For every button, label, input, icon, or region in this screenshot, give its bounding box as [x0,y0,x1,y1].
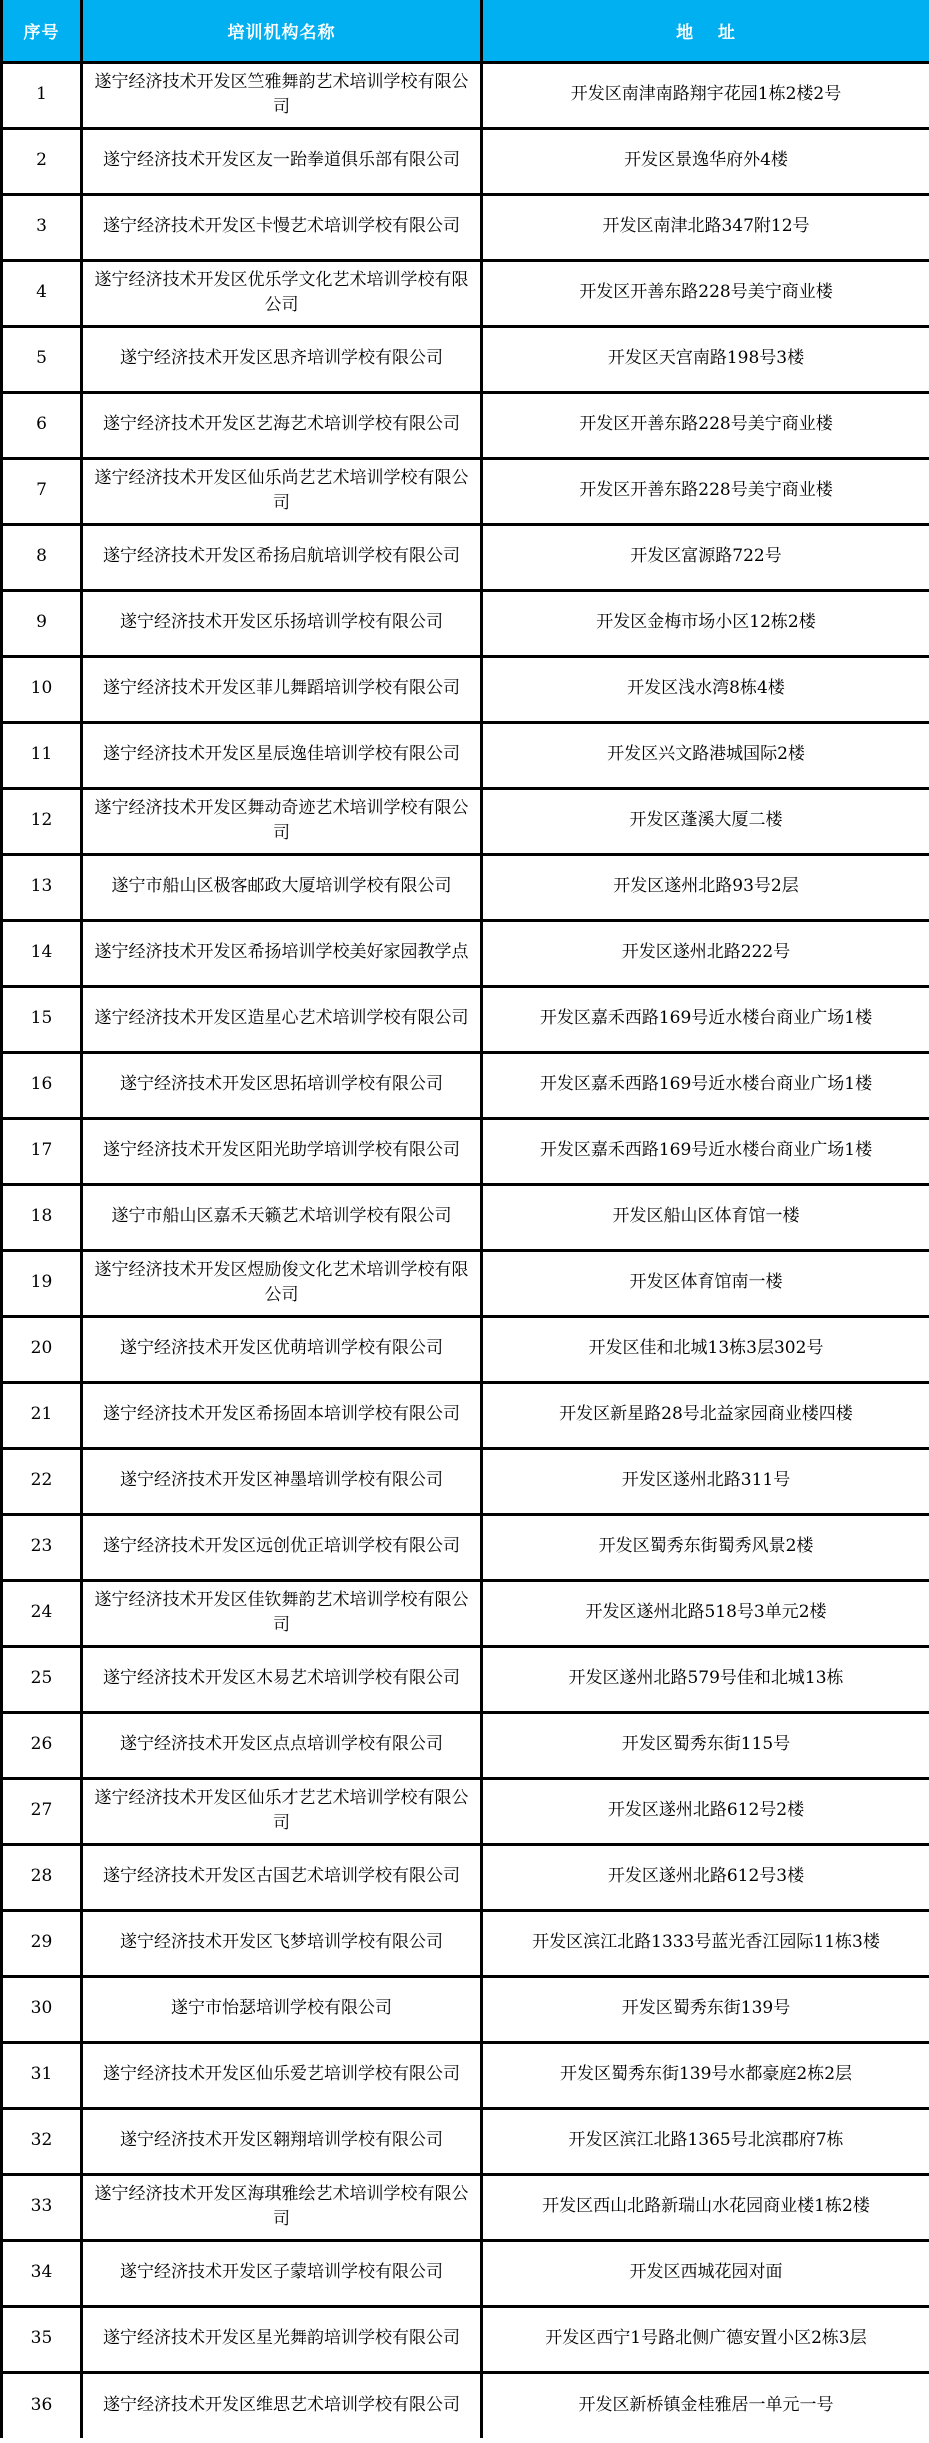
table-row: 22遂宁经济技术开发区神墨培训学校有限公司开发区遂州北路311号 [2,1448,929,1514]
cell-address: 开发区嘉禾西路169号近水楼台商业广场1楼 [482,986,929,1052]
cell-institution-name: 遂宁经济技术开发区优乐学文化艺术培训学校有限公司 [82,260,482,326]
cell-serial-number: 8 [2,524,82,590]
table-row: 24遂宁经济技术开发区佳钦舞韵艺术培训学校有限公司开发区遂州北路518号3单元2… [2,1580,929,1646]
cell-address: 开发区船山区体育馆一楼 [482,1184,929,1250]
cell-serial-number: 24 [2,1580,82,1646]
table-row: 2遂宁经济技术开发区友一跆拳道俱乐部有限公司开发区景逸华府外4楼 [2,128,929,194]
table-row: 28遂宁经济技术开发区古国艺术培训学校有限公司开发区遂州北路612号3楼 [2,1844,929,1910]
cell-address: 开发区遂州北路518号3单元2楼 [482,1580,929,1646]
cell-institution-name: 遂宁市怡瑟培训学校有限公司 [82,1976,482,2042]
cell-address: 开发区开善东路228号美宁商业楼 [482,260,929,326]
cell-serial-number: 10 [2,656,82,722]
cell-serial-number: 22 [2,1448,82,1514]
cell-serial-number: 11 [2,722,82,788]
cell-institution-name: 遂宁经济技术开发区仙乐爱艺培训学校有限公司 [82,2042,482,2108]
table-row: 17遂宁经济技术开发区阳光助学培训学校有限公司开发区嘉禾西路169号近水楼台商业… [2,1118,929,1184]
cell-institution-name: 遂宁经济技术开发区星辰逸佳培训学校有限公司 [82,722,482,788]
cell-institution-name: 遂宁市船山区极客邮政大厦培训学校有限公司 [82,854,482,920]
cell-institution-name: 遂宁经济技术开发区舞动奇迹艺术培训学校有限公司 [82,788,482,854]
cell-institution-name: 遂宁经济技术开发区木易艺术培训学校有限公司 [82,1646,482,1712]
cell-serial-number: 30 [2,1976,82,2042]
cell-address: 开发区景逸华府外4楼 [482,128,929,194]
cell-address: 开发区遂州北路579号佳和北城13栋 [482,1646,929,1712]
cell-institution-name: 遂宁经济技术开发区点点培训学校有限公司 [82,1712,482,1778]
cell-institution-name: 遂宁经济技术开发区希扬启航培训学校有限公司 [82,524,482,590]
cell-institution-name: 遂宁经济技术开发区竺雅舞韵艺术培训学校有限公司 [82,62,482,128]
cell-address: 开发区开善东路228号美宁商业楼 [482,392,929,458]
table-row: 10遂宁经济技术开发区菲儿舞蹈培训学校有限公司开发区浅水湾8栋4楼 [2,656,929,722]
cell-institution-name: 遂宁经济技术开发区造星心艺术培训学校有限公司 [82,986,482,1052]
cell-serial-number: 2 [2,128,82,194]
table-row: 26遂宁经济技术开发区点点培训学校有限公司开发区蜀秀东街115号 [2,1712,929,1778]
cell-serial-number: 18 [2,1184,82,1250]
table-row: 9遂宁经济技术开发区乐扬培训学校有限公司开发区金梅市场小区12栋2楼 [2,590,929,656]
training-institutions-table: 序号 培训机构名称 地 址 1遂宁经济技术开发区竺雅舞韵艺术培训学校有限公司开发… [0,0,929,2438]
cell-address: 开发区浅水湾8栋4楼 [482,656,929,722]
cell-serial-number: 17 [2,1118,82,1184]
cell-address: 开发区天宫南路198号3楼 [482,326,929,392]
cell-address: 开发区蜀秀东街蜀秀风景2楼 [482,1514,929,1580]
cell-institution-name: 遂宁经济技术开发区子蒙培训学校有限公司 [82,2240,482,2306]
cell-serial-number: 36 [2,2372,82,2438]
cell-institution-name: 遂宁经济技术开发区菲儿舞蹈培训学校有限公司 [82,656,482,722]
cell-address: 开发区遂州北路222号 [482,920,929,986]
cell-serial-number: 9 [2,590,82,656]
cell-institution-name: 遂宁经济技术开发区星光舞韵培训学校有限公司 [82,2306,482,2372]
table-row: 16遂宁经济技术开发区思拓培训学校有限公司开发区嘉禾西路169号近水楼台商业广场… [2,1052,929,1118]
cell-address: 开发区南津北路347附12号 [482,194,929,260]
cell-serial-number: 5 [2,326,82,392]
table-row: 4遂宁经济技术开发区优乐学文化艺术培训学校有限公司开发区开善东路228号美宁商业… [2,260,929,326]
table-row: 36遂宁经济技术开发区维思艺术培训学校有限公司开发区新桥镇金桂雅居一单元一号 [2,2372,929,2438]
table-row: 8遂宁经济技术开发区希扬启航培训学校有限公司开发区富源路722号 [2,524,929,590]
cell-address: 开发区蜀秀东街115号 [482,1712,929,1778]
table-row: 20遂宁经济技术开发区优萌培训学校有限公司开发区佳和北城13栋3层302号 [2,1316,929,1382]
table-row: 25遂宁经济技术开发区木易艺术培训学校有限公司开发区遂州北路579号佳和北城13… [2,1646,929,1712]
table-body: 1遂宁经济技术开发区竺雅舞韵艺术培训学校有限公司开发区南津南路翔宇花园1栋2楼2… [2,62,929,2438]
cell-address: 开发区西山北路新瑞山水花园商业楼1栋2楼 [482,2174,929,2240]
cell-serial-number: 6 [2,392,82,458]
cell-institution-name: 遂宁经济技术开发区飞梦培训学校有限公司 [82,1910,482,1976]
table-row: 13遂宁市船山区极客邮政大厦培训学校有限公司开发区遂州北路93号2层 [2,854,929,920]
table-row: 34遂宁经济技术开发区子蒙培训学校有限公司开发区西城花园对面 [2,2240,929,2306]
table-row: 6遂宁经济技术开发区艺海艺术培训学校有限公司开发区开善东路228号美宁商业楼 [2,392,929,458]
cell-institution-name: 遂宁市船山区嘉禾天籁艺术培训学校有限公司 [82,1184,482,1250]
table-row: 3遂宁经济技术开发区卡慢艺术培训学校有限公司开发区南津北路347附12号 [2,194,929,260]
cell-address: 开发区嘉禾西路169号近水楼台商业广场1楼 [482,1052,929,1118]
table-row: 32遂宁经济技术开发区翱翔培训学校有限公司开发区滨江北路1365号北滨郡府7栋 [2,2108,929,2174]
header-cell-address: 地 址 [482,0,929,62]
table-row: 31遂宁经济技术开发区仙乐爱艺培训学校有限公司开发区蜀秀东街139号水都豪庭2栋… [2,2042,929,2108]
table-row: 15遂宁经济技术开发区造星心艺术培训学校有限公司开发区嘉禾西路169号近水楼台商… [2,986,929,1052]
cell-institution-name: 遂宁经济技术开发区艺海艺术培训学校有限公司 [82,392,482,458]
cell-address: 开发区滨江北路1365号北滨郡府7栋 [482,2108,929,2174]
cell-address: 开发区蜀秀东街139号 [482,1976,929,2042]
cell-serial-number: 1 [2,62,82,128]
cell-institution-name: 遂宁经济技术开发区佳钦舞韵艺术培训学校有限公司 [82,1580,482,1646]
cell-institution-name: 遂宁经济技术开发区仙乐尚艺艺术培训学校有限公司 [82,458,482,524]
cell-address: 开发区开善东路228号美宁商业楼 [482,458,929,524]
cell-address: 开发区蓬溪大厦二楼 [482,788,929,854]
cell-institution-name: 遂宁经济技术开发区神墨培训学校有限公司 [82,1448,482,1514]
table-row: 7遂宁经济技术开发区仙乐尚艺艺术培训学校有限公司开发区开善东路228号美宁商业楼 [2,458,929,524]
cell-institution-name: 遂宁经济技术开发区乐扬培训学校有限公司 [82,590,482,656]
cell-address: 开发区新星路28号北益家园商业楼四楼 [482,1382,929,1448]
cell-serial-number: 35 [2,2306,82,2372]
cell-address: 开发区嘉禾西路169号近水楼台商业广场1楼 [482,1118,929,1184]
cell-address: 开发区兴文路港城国际2楼 [482,722,929,788]
cell-address: 开发区遂州北路93号2层 [482,854,929,920]
header-row: 序号 培训机构名称 地 址 [2,0,929,62]
table-row: 5遂宁经济技术开发区思齐培训学校有限公司开发区天宫南路198号3楼 [2,326,929,392]
cell-serial-number: 19 [2,1250,82,1316]
cell-serial-number: 34 [2,2240,82,2306]
table-row: 35遂宁经济技术开发区星光舞韵培训学校有限公司开发区西宁1号路北侧广德安置小区2… [2,2306,929,2372]
cell-address: 开发区新桥镇金桂雅居一单元一号 [482,2372,929,2438]
table-row: 23遂宁经济技术开发区远创优正培训学校有限公司开发区蜀秀东街蜀秀风景2楼 [2,1514,929,1580]
cell-serial-number: 16 [2,1052,82,1118]
cell-serial-number: 23 [2,1514,82,1580]
cell-address: 开发区遂州北路612号3楼 [482,1844,929,1910]
header-cell-serial-number: 序号 [2,0,82,62]
cell-address: 开发区体育馆南一楼 [482,1250,929,1316]
cell-address: 开发区南津南路翔宇花园1栋2楼2号 [482,62,929,128]
cell-serial-number: 14 [2,920,82,986]
table-row: 21遂宁经济技术开发区希扬固本培训学校有限公司开发区新星路28号北益家园商业楼四… [2,1382,929,1448]
cell-institution-name: 遂宁经济技术开发区煜励俊文化艺术培训学校有限公司 [82,1250,482,1316]
cell-address: 开发区滨江北路1333号蓝光香江园际11栋3楼 [482,1910,929,1976]
cell-institution-name: 遂宁经济技术开发区希扬培训学校美好家园教学点 [82,920,482,986]
cell-address: 开发区遂州北路612号2楼 [482,1778,929,1844]
table-row: 29遂宁经济技术开发区飞梦培训学校有限公司开发区滨江北路1333号蓝光香江园际1… [2,1910,929,1976]
cell-serial-number: 7 [2,458,82,524]
cell-address: 开发区遂州北路311号 [482,1448,929,1514]
cell-serial-number: 27 [2,1778,82,1844]
cell-institution-name: 遂宁经济技术开发区优萌培训学校有限公司 [82,1316,482,1382]
cell-serial-number: 13 [2,854,82,920]
cell-institution-name: 遂宁经济技术开发区维思艺术培训学校有限公司 [82,2372,482,2438]
table-row: 30遂宁市怡瑟培训学校有限公司开发区蜀秀东街139号 [2,1976,929,2042]
table-row: 11遂宁经济技术开发区星辰逸佳培训学校有限公司开发区兴文路港城国际2楼 [2,722,929,788]
cell-institution-name: 遂宁经济技术开发区翱翔培训学校有限公司 [82,2108,482,2174]
cell-address: 开发区金梅市场小区12栋2楼 [482,590,929,656]
cell-serial-number: 12 [2,788,82,854]
table-row: 27遂宁经济技术开发区仙乐才艺艺术培训学校有限公司开发区遂州北路612号2楼 [2,1778,929,1844]
table-row: 33遂宁经济技术开发区海琪雅绘艺术培训学校有限公司开发区西山北路新瑞山水花园商业… [2,2174,929,2240]
cell-institution-name: 遂宁经济技术开发区卡慢艺术培训学校有限公司 [82,194,482,260]
cell-institution-name: 遂宁经济技术开发区远创优正培训学校有限公司 [82,1514,482,1580]
table-row: 12遂宁经济技术开发区舞动奇迹艺术培训学校有限公司开发区蓬溪大厦二楼 [2,788,929,854]
cell-address: 开发区西城花园对面 [482,2240,929,2306]
cell-serial-number: 15 [2,986,82,1052]
cell-serial-number: 29 [2,1910,82,1976]
cell-serial-number: 32 [2,2108,82,2174]
cell-serial-number: 26 [2,1712,82,1778]
cell-institution-name: 遂宁经济技术开发区友一跆拳道俱乐部有限公司 [82,128,482,194]
cell-institution-name: 遂宁经济技术开发区思齐培训学校有限公司 [82,326,482,392]
cell-institution-name: 遂宁经济技术开发区希扬固本培训学校有限公司 [82,1382,482,1448]
cell-institution-name: 遂宁经济技术开发区海琪雅绘艺术培训学校有限公司 [82,2174,482,2240]
cell-serial-number: 4 [2,260,82,326]
cell-serial-number: 31 [2,2042,82,2108]
cell-address: 开发区富源路722号 [482,524,929,590]
cell-serial-number: 33 [2,2174,82,2240]
cell-institution-name: 遂宁经济技术开发区阳光助学培训学校有限公司 [82,1118,482,1184]
cell-serial-number: 20 [2,1316,82,1382]
table-row: 18遂宁市船山区嘉禾天籁艺术培训学校有限公司开发区船山区体育馆一楼 [2,1184,929,1250]
cell-institution-name: 遂宁经济技术开发区仙乐才艺艺术培训学校有限公司 [82,1778,482,1844]
table-row: 19遂宁经济技术开发区煜励俊文化艺术培训学校有限公司开发区体育馆南一楼 [2,1250,929,1316]
cell-institution-name: 遂宁经济技术开发区思拓培训学校有限公司 [82,1052,482,1118]
cell-address: 开发区蜀秀东街139号水都豪庭2栋2层 [482,2042,929,2108]
table-row: 14遂宁经济技术开发区希扬培训学校美好家园教学点开发区遂州北路222号 [2,920,929,986]
cell-address: 开发区西宁1号路北侧广德安置小区2栋3层 [482,2306,929,2372]
cell-institution-name: 遂宁经济技术开发区古国艺术培训学校有限公司 [82,1844,482,1910]
cell-serial-number: 3 [2,194,82,260]
cell-address: 开发区佳和北城13栋3层302号 [482,1316,929,1382]
header-cell-institution-name: 培训机构名称 [82,0,482,62]
cell-serial-number: 21 [2,1382,82,1448]
cell-serial-number: 28 [2,1844,82,1910]
table-row: 1遂宁经济技术开发区竺雅舞韵艺术培训学校有限公司开发区南津南路翔宇花园1栋2楼2… [2,62,929,128]
cell-serial-number: 25 [2,1646,82,1712]
